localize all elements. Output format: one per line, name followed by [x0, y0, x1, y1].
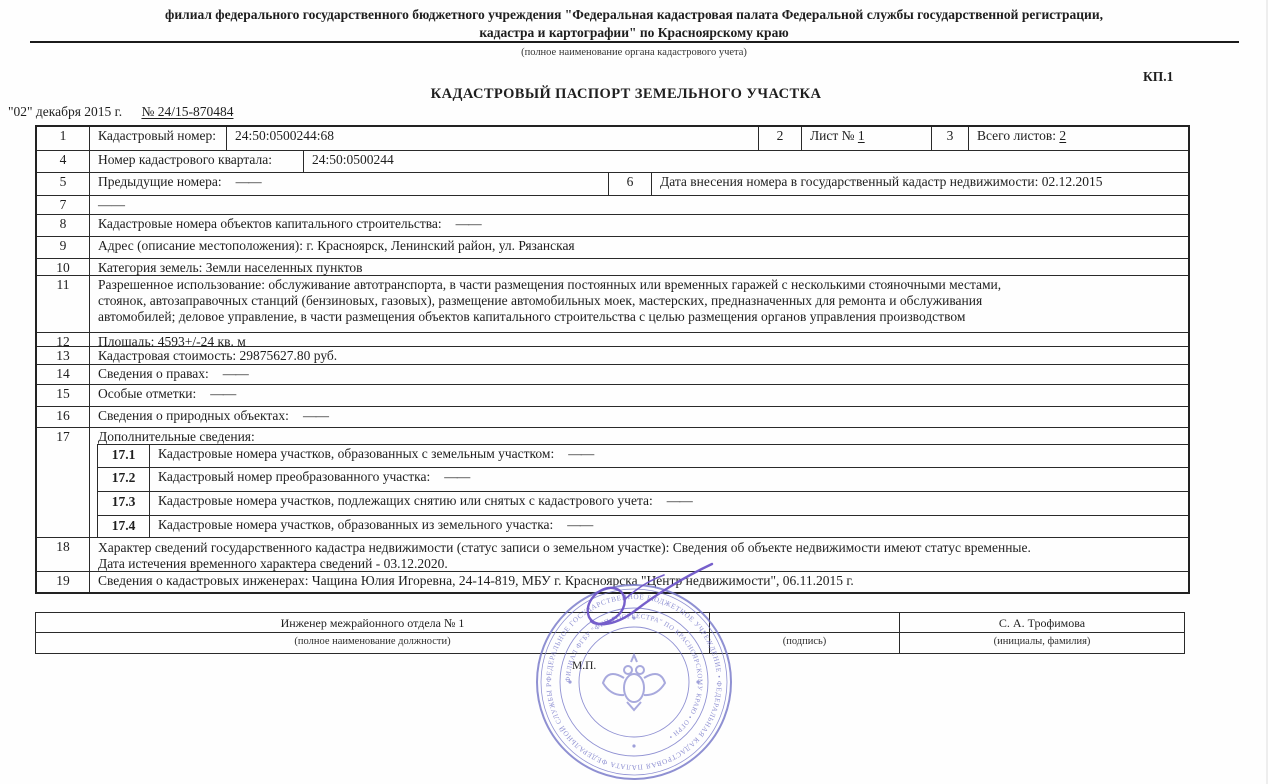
org-name-line1: филиал федерального государственного бюд… — [30, 6, 1238, 24]
signature-space — [710, 613, 900, 632]
spacer — [90, 491, 97, 515]
empty-dash: —— — [667, 493, 692, 508]
table-row-17-4: 17.4 Кадастровые номера участков, образо… — [37, 515, 1188, 537]
table-row-11: 11 Разрешенное использование: обслуживан… — [37, 275, 1188, 332]
empty-dash: —— — [444, 469, 469, 484]
row-number: 17 — [37, 428, 90, 444]
table-row-17: 17 Дополнительные сведения: — [37, 427, 1188, 444]
table-row-12: 12 Площадь: 4593+/-24 кв. м — [37, 332, 1188, 346]
quarter-number-value: 24:50:0500244 — [304, 151, 1188, 172]
permitted-use-cell: Разрешенное использование: обслуживание … — [90, 276, 1188, 332]
sheet-cell: Лист № 1 — [802, 127, 932, 150]
table-row-9: 9 Адрес (описание местоположения): г. Кр… — [37, 236, 1188, 258]
land-category-cell: Категория земель: Земли населенных пункт… — [90, 259, 1188, 275]
spacer — [90, 467, 97, 491]
row-number: 1 — [37, 127, 90, 150]
handwritten-signature — [552, 558, 728, 646]
empty-dash: —— — [568, 446, 593, 461]
table-row-10: 10 Категория земель: Земли населенных пу… — [37, 258, 1188, 275]
org-name: филиал федерального государственного бюд… — [30, 6, 1238, 42]
table-row-8: 8 Кадастровые номера объектов капитально… — [37, 214, 1188, 236]
row-number: 4 — [37, 151, 90, 172]
org-name-line2: кадастра и картографии" по Красноярскому… — [30, 24, 1238, 42]
date-line: "02" декабря 2015 г. № 24/15-870484 — [8, 104, 233, 120]
signer-name: С. А. Трофимова — [900, 613, 1184, 632]
name-caption: (инициалы, фамилия) — [900, 633, 1184, 653]
form-code: КП.1 — [1143, 69, 1173, 85]
permitted-use-line2: стоянок, автозаправочных станций (бензин… — [98, 293, 1180, 309]
row-number: 19 — [37, 572, 90, 592]
row-label: Кадастровые номера участков, подлежащих … — [158, 493, 653, 508]
row-label: Предыдущие номера: — [98, 174, 222, 189]
empty-dash: —— — [303, 408, 328, 423]
table-row-5: 5 Предыдущие номера:—— 6 Дата внесения н… — [37, 172, 1188, 195]
document-title: КАДАСТРОВЫЙ ПАСПОРТ ЗЕМЕЛЬНОГО УЧАСТКА — [0, 86, 1252, 103]
cadastral-number-value: 24:50:0500244:68 — [227, 127, 759, 150]
subrow-inner: 17.2 Кадастровый номер преобразованного … — [97, 467, 1188, 491]
row-label: Номер кадастрового квартала: — [90, 151, 304, 172]
sheet-label: Лист № — [810, 128, 858, 143]
row-number-empty — [37, 444, 90, 467]
row-number: 9 — [37, 237, 90, 258]
area-cell: Площадь: 4593+/-24 кв. м — [90, 333, 1188, 346]
row-number: 2 — [759, 127, 802, 150]
row-number: 18 — [37, 538, 90, 571]
row-label: Кадастровые номера объектов капитального… — [98, 216, 442, 231]
spacer — [90, 444, 97, 467]
row-number: 7 — [37, 196, 90, 214]
registration-date-cell: Дата внесения номера в государственный к… — [652, 173, 1188, 195]
row-label: Кадастровый номер: — [90, 127, 227, 150]
natural-objects-cell: Сведения о природных объектах:—— — [90, 407, 1188, 427]
subrow-text: Кадастровые номера участков, образованны… — [150, 516, 1188, 537]
empty-dash: —— — [90, 196, 1188, 214]
subrow-inner: 17.1 Кадастровые номера участков, образо… — [97, 444, 1188, 467]
table-row-17-2: 17.2 Кадастровый номер преобразованного … — [37, 467, 1188, 491]
document-number: № 24/15-870484 — [141, 104, 233, 119]
table-row-4: 4 Номер кадастрового квартала: 24:50:050… — [37, 150, 1188, 172]
address-cell: Адрес (описание местоположения): г. Крас… — [90, 237, 1188, 258]
row-label: Сведения о правах: — [98, 366, 209, 381]
row-number: 14 — [37, 365, 90, 384]
subrow-text: Кадастровый номер преобразованного участ… — [150, 468, 1188, 491]
row-number: 17.4 — [97, 516, 150, 537]
additional-info-cell: Дополнительные сведения: — [90, 428, 1188, 444]
empty-dash: —— — [236, 174, 261, 189]
row-number-empty — [37, 515, 90, 537]
document-date: "02" декабря 2015 г. — [8, 104, 122, 119]
previous-numbers-cell: Предыдущие номера:—— — [90, 173, 609, 195]
row-number: 10 — [37, 259, 90, 275]
special-notes-cell: Особые отметки:—— — [90, 385, 1188, 406]
permitted-use-line1: Разрешенное использование: обслуживание … — [98, 277, 1180, 293]
row-number: 17.2 — [97, 468, 150, 491]
cadastral-data-table: 1 Кадастровый номер: 24:50:0500244:68 2 … — [35, 125, 1190, 594]
row-number: 17.1 — [97, 445, 150, 467]
table-row-16: 16 Сведения о природных объектах:—— — [37, 406, 1188, 427]
table-row-17-3: 17.3 Кадастровые номера участков, подлеж… — [37, 491, 1188, 515]
row-number: 16 — [37, 407, 90, 427]
row-number-empty — [37, 491, 90, 515]
header-divider — [30, 41, 1239, 43]
status-line1: Характер сведений государственного кадас… — [98, 540, 1180, 556]
total-sheets-value: 2 — [1059, 128, 1066, 143]
empty-dash: —— — [567, 517, 592, 532]
row-label: Кадастровые номера участков, образованны… — [158, 446, 554, 461]
empty-dash: —— — [210, 386, 235, 401]
empty-dash: —— — [223, 366, 248, 381]
row-number: 3 — [932, 127, 969, 150]
rights-cell: Сведения о правах:—— — [90, 365, 1188, 384]
row-number: 8 — [37, 215, 90, 236]
cadastral-passport-page: филиал федерального государственного бюд… — [0, 0, 1268, 784]
sheet-value: 1 — [858, 128, 865, 143]
permitted-use-line3: автомобилей; деловое управление, в части… — [98, 309, 1180, 325]
subrow-text: Кадастровые номера участков, подлежащих … — [150, 492, 1188, 515]
subrow-inner: 17.3 Кадастровые номера участков, подлеж… — [97, 491, 1188, 515]
org-caption: (полное наименование органа кадастрового… — [0, 47, 1268, 58]
row-number-empty — [37, 467, 90, 491]
row-label: Сведения о природных объектах: — [98, 408, 289, 423]
table-row-15: 15 Особые отметки:—— — [37, 384, 1188, 406]
row-label: Кадастровые номера участков, образованны… — [158, 517, 553, 532]
row-label: Кадастровый номер преобразованного участ… — [158, 469, 430, 484]
eagle-emblem — [603, 655, 665, 710]
row-number: 17.3 — [97, 492, 150, 515]
subrow-inner: 17.4 Кадастровые номера участков, образо… — [97, 515, 1188, 537]
table-row-17-1: 17.1 Кадастровые номера участков, образо… — [37, 444, 1188, 467]
table-row-1: 1 Кадастровый номер: 24:50:0500244:68 2 … — [37, 127, 1188, 150]
table-row-7: 7 —— — [37, 195, 1188, 214]
row-number: 12 — [37, 333, 90, 346]
empty-dash: —— — [456, 216, 481, 231]
row-label: Особые отметки: — [98, 386, 196, 401]
row-number: 15 — [37, 385, 90, 406]
table-row-13: 13 Кадастровая стоимость: 29875627.80 ру… — [37, 346, 1188, 364]
spacer — [90, 515, 97, 537]
cadastral-value-cell: Кадастровая стоимость: 29875627.80 руб. — [90, 347, 1188, 364]
total-sheets-cell: Всего листов: 2 — [969, 127, 1188, 150]
total-sheets-label: Всего листов: — [977, 128, 1059, 143]
row-number: 11 — [37, 276, 90, 332]
row-number: 13 — [37, 347, 90, 364]
capital-objects-cell: Кадастровые номера объектов капитального… — [90, 215, 1188, 236]
row-number: 5 — [37, 173, 90, 195]
sign-caption: (подпись) — [710, 633, 900, 653]
row-number: 6 — [609, 173, 652, 195]
table-row-14: 14 Сведения о правах:—— — [37, 364, 1188, 384]
subrow-text: Кадастровые номера участков, образованны… — [150, 445, 1188, 467]
